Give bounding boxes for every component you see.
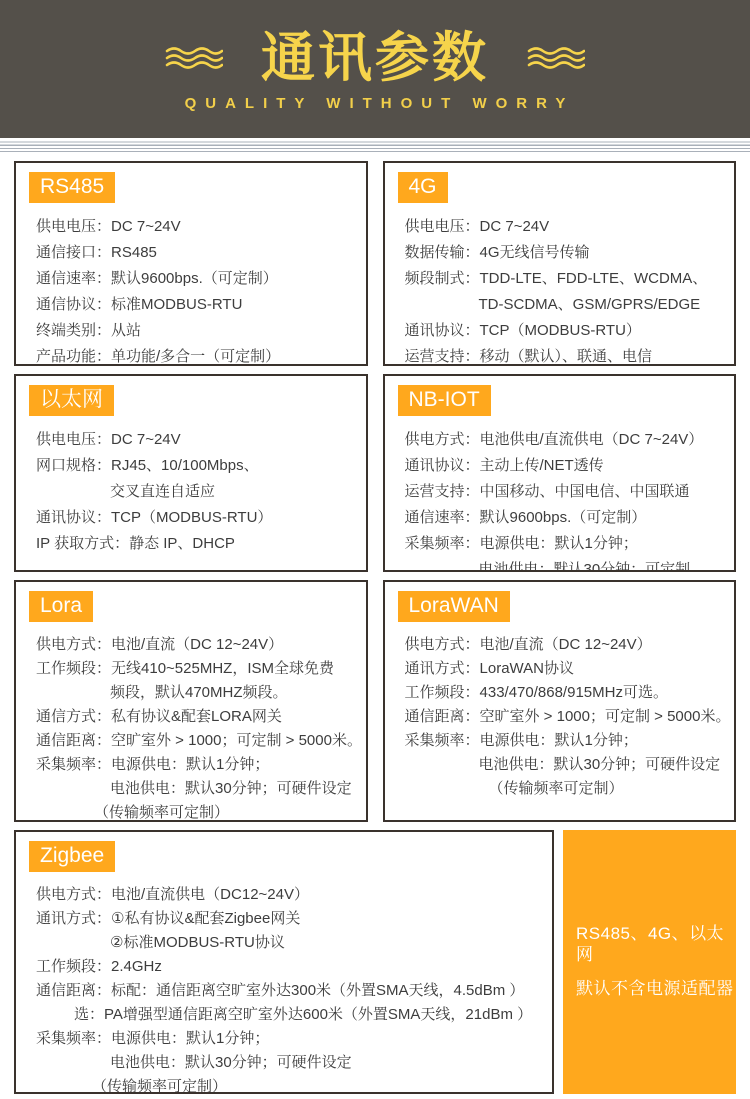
spec-row: 采集频率：电源供电：默认1分钟；	[405, 531, 725, 557]
spec-row: 采集频率：电源供电：默认1分钟；	[36, 1027, 542, 1051]
spec-row: 电池供电：默认30分钟；可硬件设定	[36, 777, 356, 801]
box-body: 供电电压：DC 7~24V数据传输：4G无线信号传输频段制式：TDD-LTE、F…	[405, 214, 725, 366]
spec-row: 工作频段：无线410~525MHZ，ISM全球免费	[36, 657, 356, 681]
spec-value: 433/470/868/915MHz可选。	[480, 684, 668, 701]
spec-row: 通信速率：默认9600bps.（可定制）	[36, 266, 356, 292]
spec-row: 供电电压：DC 7~24V	[36, 427, 356, 453]
spec-label: 通讯协议：	[405, 457, 480, 474]
spec-row: 供电电压：DC 7~24V	[405, 214, 725, 240]
spec-value: 静态 IP、DHCP	[129, 535, 235, 552]
spec-label: 工作频段：	[36, 958, 111, 975]
spec-row: 电池供电：默认30分钟；可硬件设定	[36, 1051, 542, 1075]
spec-row: 运营支持：中国移动、中国电信、中国联通	[405, 479, 725, 505]
spec-row: IP 获取方式：静态 IP、DHCP	[36, 531, 356, 557]
spec-row: TD-SCDMA、GSM/GPRS/EDGE	[405, 292, 725, 318]
spec-label: 通讯方式：	[36, 910, 111, 927]
spec-row: 通信协议：标准MODBUS-RTU	[36, 292, 356, 318]
spec-label: 工作频段：	[405, 684, 480, 701]
spec-box-4g: 4G 供电电压：DC 7~24V数据传输：4G无线信号传输频段制式：TDD-LT…	[383, 161, 737, 366]
spec-value: 电源供电：默认1分钟；	[480, 732, 638, 749]
spec-value: RS485	[111, 244, 157, 261]
spec-row: 通信方式：私有协议&配套LORA网关	[36, 705, 356, 729]
spec-value: 私有协议&配套LORA网关	[111, 708, 282, 725]
spec-row: 工作频段：433/470/868/915MHz可选。	[405, 681, 725, 705]
spec-row: 通讯方式：①私有协议&配套Zigbee网关	[36, 907, 542, 931]
spec-value: DC 7~24V	[111, 218, 181, 235]
spec-row: 供电方式：电池供电/直流供电（DC 7~24V）	[405, 427, 725, 453]
spec-label: IP 获取方式：	[36, 535, 129, 552]
spec-value: TCP（MODBUS-RTU）	[111, 509, 272, 526]
power-adapter-note: RS485、4G、以太网 默认不含电源适配器	[563, 830, 736, 1094]
spec-value: 移动（默认）、联通、电信	[480, 348, 653, 365]
spec-row: 采集频率：电源供电：默认1分钟；	[405, 729, 725, 753]
spec-value: 标配：通信距离空旷室外达300米（外置SMA天线，4.5dBm ）	[111, 982, 524, 999]
spec-value: 电池供电：默认30分钟；可硬件设定	[110, 780, 352, 797]
spec-box-ethernet: 以太网 供电电压：DC 7~24V网口规格：RJ45、10/100Mbps、交叉…	[14, 374, 368, 572]
box-body: 供电方式：电池/直流（DC 12~24V）通讯方式：LoraWAN协议工作频段：…	[405, 633, 725, 801]
spec-value: 空旷室外 > 1000；可定制 > 5000米。	[111, 732, 362, 749]
spec-label: 通信协议：	[36, 296, 111, 313]
spec-value: （传输频率可定制）	[94, 804, 229, 821]
spec-value: 电池供电：默认30分钟；可硬件设定	[479, 756, 721, 773]
spec-row: 通信距离：空旷室外 > 1000；可定制 > 5000米。	[36, 729, 356, 753]
spec-label: 供电电压：	[36, 218, 111, 235]
spec-box-nb-iot: NB-IOT 供电方式：电池供电/直流供电（DC 7~24V）通讯协议：主动上传…	[383, 374, 737, 572]
spec-value: 无线410~525MHZ，ISM全球免费	[111, 660, 334, 677]
spec-row: 电池供电：默认30分钟；可硬件设定	[405, 753, 725, 777]
spec-label: 终端类别：	[36, 322, 111, 339]
spec-row: 通讯方式：LoraWAN协议	[405, 657, 725, 681]
box-title-rs485: RS485	[29, 172, 115, 203]
spec-value: 单功能/多合一（可定制）	[111, 348, 280, 365]
spec-label: 采集频率：	[405, 535, 480, 552]
spec-value: （传输频率可定制）	[92, 1078, 227, 1094]
spec-row: ②标准MODBUS-RTU协议	[36, 931, 542, 955]
spec-row: 数据传输：4G无线信号传输	[405, 240, 725, 266]
spec-row: （传输频率可定制）	[36, 1075, 542, 1094]
spec-value: （传输频率可定制）	[489, 780, 624, 797]
spec-row: 终端类别：从站	[36, 318, 356, 344]
spec-value: 频段，默认470MHZ频段。	[110, 684, 288, 701]
spec-value: ②标准MODBUS-RTU协议	[110, 934, 285, 951]
spec-value: 电源供电：默认1分钟；	[480, 535, 638, 552]
spec-value: 电池/直流（DC 12~24V）	[480, 636, 652, 653]
page-subtitle: QUALITY WITHOUT WORRY	[176, 95, 575, 112]
spec-value: 中国移动、中国电信、中国联通	[480, 483, 690, 500]
spec-label: 采集频率：	[36, 756, 111, 773]
spec-value: 从站	[111, 322, 141, 339]
spec-row: （传输频率可定制）	[36, 801, 356, 822]
box-title-ethernet: 以太网	[29, 385, 114, 416]
spec-row: 电池供电：默认30分钟；可定制	[405, 557, 725, 572]
spec-value: 默认9600bps.（可定制）	[111, 270, 278, 287]
spec-label: 通信速率：	[36, 270, 111, 287]
spec-label: 通信接口：	[36, 244, 111, 261]
spec-value: 默认9600bps.（可定制）	[480, 509, 647, 526]
spec-label: 网口规格：	[36, 457, 111, 474]
spec-label: 频段制式：	[405, 270, 480, 287]
spec-label: 通信速率：	[405, 509, 480, 526]
box-body: 供电电压：DC 7~24V通信接口：RS485通信速率：默认9600bps.（可…	[36, 214, 356, 366]
spec-label: 采集频率：	[405, 732, 480, 749]
triple-wave-icon	[165, 46, 223, 70]
spec-row: （传输频率可定制）	[405, 777, 725, 801]
spec-value: LoraWAN协议	[480, 660, 574, 677]
spec-value: 标准MODBUS-RTU	[111, 296, 242, 313]
spec-value: DC 7~24V	[111, 431, 181, 448]
spec-value: RJ45、10/100Mbps、	[111, 457, 259, 474]
spec-label: 供电方式：	[36, 886, 111, 903]
header-banner: 通讯参数 QUALITY WITHOUT WORRY	[0, 0, 750, 138]
spec-value: 4G无线信号传输	[480, 244, 590, 261]
spec-box-lorawan: LoraWAN 供电方式：电池/直流（DC 12~24V）通讯方式：LoraWA…	[383, 580, 737, 822]
spec-box-rs485: RS485 供电电压：DC 7~24V通信接口：RS485通信速率：默认9600…	[14, 161, 368, 366]
spec-label: 供电方式：	[405, 431, 480, 448]
divider-stripes	[0, 140, 750, 153]
spec-value: TCP（MODBUS-RTU）	[480, 322, 641, 339]
box-title-nb-iot: NB-IOT	[398, 385, 491, 416]
spec-value: 电池供电：默认30分钟；可定制	[479, 561, 691, 572]
spec-label: 通信方式：	[36, 708, 111, 725]
spec-value: DC 7~24V	[480, 218, 550, 235]
box-body: 供电方式：电池/直流供电（DC12~24V）通讯方式：①私有协议&配套Zigbe…	[36, 883, 542, 1094]
spec-box-lora: Lora 供电方式：电池/直流（DC 12~24V）工作频段：无线410~525…	[14, 580, 368, 822]
spec-label: 运营支持：	[405, 348, 480, 365]
spec-label: 供电方式：	[36, 636, 111, 653]
note-line-1: RS485、4G、以太网	[576, 924, 736, 965]
page-title: 通讯参数	[261, 30, 489, 87]
spec-label: 供电方式：	[405, 636, 480, 653]
spec-value: TD-SCDMA、GSM/GPRS/EDGE	[479, 296, 701, 313]
spec-value: 交叉直连自适应	[110, 483, 215, 500]
spec-value: 选：PA增强型通信距离空旷室外达600米（外置SMA天线，21dBm ）	[74, 1006, 532, 1023]
spec-row: 通讯协议：主动上传/NET透传	[405, 453, 725, 479]
spec-label: 通讯协议：	[36, 509, 111, 526]
spec-value: 主动上传/NET透传	[480, 457, 604, 474]
spec-row: 运营支持：移动（默认）、联通、电信	[405, 344, 725, 366]
spec-label: 供电电压：	[36, 431, 111, 448]
header-title-row: 通讯参数	[165, 30, 585, 87]
spec-value: 电源供电：默认1分钟；	[111, 1030, 269, 1047]
spec-label: 通信距离：	[405, 708, 480, 725]
box-title-lora: Lora	[29, 591, 93, 622]
spec-value: 电池供电/直流供电（DC 7~24V）	[480, 431, 704, 448]
spec-label: 产品功能：	[36, 348, 111, 365]
spec-row: 供电电压：DC 7~24V	[36, 214, 356, 240]
box-title-zigbee: Zigbee	[29, 841, 115, 872]
spec-row: 通信距离：标配：通信距离空旷室外达300米（外置SMA天线，4.5dBm ）	[36, 979, 542, 1003]
spec-row: 供电方式：电池/直流（DC 12~24V）	[405, 633, 725, 657]
box-body: 供电方式：电池供电/直流供电（DC 7~24V）通讯协议：主动上传/NET透传运…	[405, 427, 725, 572]
triple-wave-icon	[527, 46, 585, 70]
spec-value: 电源供电：默认1分钟；	[111, 756, 269, 773]
spec-row: 工作频段：2.4GHz	[36, 955, 542, 979]
spec-row: 交叉直连自适应	[36, 479, 356, 505]
spec-value: TDD-LTE、FDD-LTE、WCDMA、	[480, 270, 708, 287]
spec-value: 2.4GHz	[111, 958, 162, 975]
spec-row: 选：PA增强型通信距离空旷室外达600米（外置SMA天线，21dBm ）	[36, 1003, 542, 1027]
box-body: 供电电压：DC 7~24V网口规格：RJ45、10/100Mbps、交叉直连自适…	[36, 427, 356, 557]
spec-label: 数据传输：	[405, 244, 480, 261]
spec-row: 网口规格：RJ45、10/100Mbps、	[36, 453, 356, 479]
bottom-row: Zigbee 供电方式：电池/直流供电（DC12~24V）通讯方式：①私有协议&…	[14, 830, 736, 1094]
spec-label: 通讯协议：	[405, 322, 480, 339]
spec-row: 频段制式：TDD-LTE、FDD-LTE、WCDMA、	[405, 266, 725, 292]
spec-label: 运营支持：	[405, 483, 480, 500]
box-body: 供电方式：电池/直流（DC 12~24V）工作频段：无线410~525MHZ，I…	[36, 633, 356, 822]
spec-label: 供电电压：	[405, 218, 480, 235]
spec-row: 供电方式：电池/直流（DC 12~24V）	[36, 633, 356, 657]
spec-label: 工作频段：	[36, 660, 111, 677]
spec-row: 通信距离：空旷室外 > 1000；可定制 > 5000米。	[405, 705, 725, 729]
spec-box-zigbee: Zigbee 供电方式：电池/直流供电（DC12~24V）通讯方式：①私有协议&…	[14, 830, 554, 1094]
box-title-4g: 4G	[398, 172, 448, 203]
spec-value: 电池供电：默认30分钟；可硬件设定	[110, 1054, 352, 1071]
spec-row: 频段，默认470MHZ频段。	[36, 681, 356, 705]
box-title-lorawan: LoraWAN	[398, 591, 510, 622]
spec-value: ①私有协议&配套Zigbee网关	[111, 910, 300, 927]
spec-row: 产品功能：单功能/多合一（可定制）	[36, 344, 356, 366]
spec-value: 电池/直流（DC 12~24V）	[111, 636, 283, 653]
spec-row: 采集频率：电源供电：默认1分钟；	[36, 753, 356, 777]
spec-value: 空旷室外 > 1000；可定制 > 5000米。	[480, 708, 731, 725]
spec-label: 通信距离：	[36, 732, 111, 749]
note-line-2: 默认不含电源适配器	[576, 979, 736, 999]
spec-label: 采集频率：	[36, 1030, 111, 1047]
spec-label: 通信距离：	[36, 982, 111, 999]
spec-row: 供电方式：电池/直流供电（DC12~24V）	[36, 883, 542, 907]
spec-row: 通信速率：默认9600bps.（可定制）	[405, 505, 725, 531]
spec-value: 电池/直流供电（DC12~24V）	[111, 886, 309, 903]
spec-row: 通信接口：RS485	[36, 240, 356, 266]
spec-label: 通讯方式：	[405, 660, 480, 677]
spec-row: 通讯协议：TCP（MODBUS-RTU）	[405, 318, 725, 344]
spec-row: 通讯协议：TCP（MODBUS-RTU）	[36, 505, 356, 531]
spec-grid: RS485 供电电压：DC 7~24V通信接口：RS485通信速率：默认9600…	[14, 161, 736, 822]
